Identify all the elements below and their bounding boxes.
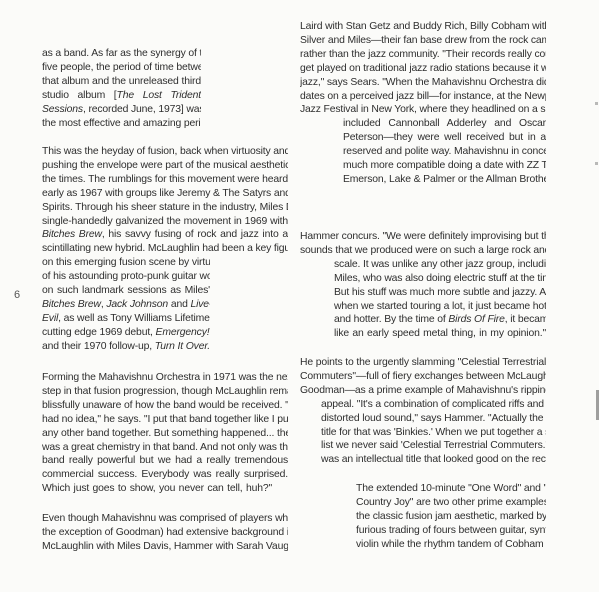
text-line: The extended 10-minute "One Word" and "O…: [356, 482, 546, 496]
text-line: jazz," says Sears. "When the Mahavishnu …: [300, 76, 546, 90]
text-line: He points to the urgently slamming "Cele…: [300, 356, 546, 370]
page-number: 6: [14, 289, 20, 301]
text-line: Goodman—as a prime example of Mahavishnu…: [300, 384, 546, 398]
text-line: studio album [The Lost Trident: [42, 89, 201, 103]
right-paragraph-4: The extended 10-minute "One Word" and "O…: [300, 482, 546, 552]
text-line: distorted loud sound," says Hammer. "Act…: [321, 412, 546, 426]
text-line: as a band. As far as the synergy of the: [42, 47, 201, 61]
text-line: Even though Mahavishnu was comprised of …: [42, 512, 288, 526]
text-line: of his astounding proto-punk guitar work: [42, 270, 210, 284]
text-line: Forming the Mahavishnu Orchestra in 1971…: [42, 371, 288, 385]
text-line: the most effective and amazing period.": [42, 117, 201, 131]
text-line: Commuters"—full of fiery exchanges betwe…: [300, 370, 546, 384]
text-line: like an early speed metal thing, in my o…: [334, 327, 546, 341]
left-paragraph-4: Even though Mahavishnu was comprised of …: [42, 512, 288, 554]
document-page: 6 as a band. As far as the synergy of th…: [0, 0, 599, 592]
scan-artifact: [595, 102, 598, 105]
album-title: Bitches Brew: [42, 229, 102, 240]
text-line: and hotter. By the time of Birds Of Fire…: [334, 313, 546, 327]
text-line: appeal. "It's a combination of complicat…: [321, 398, 546, 412]
text-line: that album and the unreleased third: [42, 75, 201, 89]
text-line: Miles, who was also doing electric stuff…: [334, 272, 546, 286]
text-line: scale. It was unlike any other jazz grou…: [334, 258, 546, 272]
text-line: scintillating new hybrid. McLaughlin had…: [42, 242, 288, 256]
text-line: Emerson, Lake & Palmer or the Allman Bro…: [343, 173, 546, 187]
text-line: single-handedly galvanized the movement …: [42, 215, 288, 229]
text-line: pushing the envelope were part of the mu…: [42, 159, 288, 173]
text-line: McLaughlin with Miles Davis, Hammer with…: [42, 540, 288, 554]
text-line: early as 1967 with groups like Jeremy & …: [42, 187, 288, 201]
left-paragraph-1: as a band. As far as the synergy of the …: [42, 47, 201, 130]
text-line: cutting edge 1969 debut, Emergency!,: [42, 326, 210, 340]
text-line: reserved and polite way. Mahavishnu in c…: [343, 145, 546, 159]
right-paragraph-2: Hammer concurs. "We were definitely impr…: [300, 230, 546, 341]
right-paragraph-1: Laird with Stan Getz and Buddy Rich, Bil…: [300, 20, 546, 187]
text-line: Evil, as well as Tony Williams Lifetime'…: [42, 312, 210, 326]
album-title: Turn It Over.: [155, 341, 210, 352]
text-line: any other band together. But something h…: [42, 427, 288, 441]
text-line: on this emerging fusion scene by virtue: [42, 256, 210, 270]
album-title: Live-: [190, 299, 210, 310]
text-line: the exception of Goodman) had extensive …: [42, 526, 288, 540]
album-title: Evil: [42, 313, 58, 324]
text-line: Hammer concurs. "We were definitely impr…: [300, 230, 546, 244]
text-line: the classic fusion jam aesthetic, marked…: [356, 510, 546, 524]
text-line: five people, the period of time between: [42, 61, 201, 75]
text-line: and their 1970 follow-up, Turn It Over.: [42, 340, 210, 354]
text-line: was a great chemistry in that band. And …: [42, 441, 288, 455]
text-line: rather than the jazz community. "Their r…: [300, 48, 546, 62]
left-paragraph-2: This was the heyday of fusion, back when…: [42, 145, 288, 354]
text-line: band really powerful but we had a really…: [42, 454, 288, 468]
text-line: Spirits. Through his sheer stature in th…: [42, 201, 288, 215]
text-line: Jazz Festival in New York, where they he…: [300, 103, 546, 117]
text-line: sounds that we produced were on such a l…: [300, 244, 546, 258]
text-line: Sessions, recorded June, 1973] was: [42, 103, 201, 117]
text-line: was an intellectual title that looked go…: [321, 453, 546, 467]
text-line: blissfully unaware of how the band would…: [42, 399, 288, 413]
text-line: violin while the rhythm tandem of Cobham…: [356, 538, 546, 552]
album-title: Bitches Brew: [42, 299, 101, 310]
text-line: get played on traditional jazz radio sta…: [300, 62, 546, 76]
text-line: had no idea," he says. "I put that band …: [42, 413, 288, 427]
text-line: Which just goes to show, you never can t…: [42, 482, 272, 496]
text-line: step in that fusion progression, though …: [42, 385, 288, 399]
text-line: furious trading of fours between guitar,…: [356, 524, 546, 538]
text-line: This was the heyday of fusion, back when…: [42, 145, 288, 159]
scan-artifact: [595, 162, 598, 165]
text-line: Laird with Stan Getz and Buddy Rich, Bil…: [300, 20, 546, 34]
text-line: included Cannonball Adderley and Oscar: [343, 117, 546, 131]
text-line: list we never said 'Celestial Terrestria…: [321, 439, 546, 453]
album-title: Sessions: [42, 104, 83, 115]
text-line: when we started touring a lot, it just b…: [334, 300, 546, 314]
text-line: Silver and Miles—their fan base drew fro…: [300, 34, 546, 48]
text-line: Bitches Brew, Jack Johnson and Live-: [42, 298, 210, 312]
text-line: dates on a perceived jazz bill—for insta…: [300, 90, 546, 104]
text-line: much more compatible doing a date with Z…: [343, 159, 546, 173]
right-paragraph-3: He points to the urgently slamming "Cele…: [300, 356, 546, 467]
text-line: Bitches Brew, his savvy fusing of rock a…: [42, 228, 288, 242]
text-line: the times. The rumblings for this moveme…: [42, 173, 288, 187]
album-title: The Lost Trident: [117, 90, 201, 101]
text-line: on such landmark sessions as Miles': [42, 284, 210, 298]
text-line: Country Joy" are two other prime example…: [356, 496, 546, 510]
text-line: But his stuff was much more subtle and j…: [334, 286, 546, 300]
text-line: commercial success. Everybody was really…: [42, 468, 288, 482]
left-paragraph-3: Forming the Mahavishnu Orchestra in 1971…: [42, 371, 288, 496]
album-title: Birds Of Fire: [448, 314, 504, 325]
text-line: title for that was 'Binkies.' When we pu…: [321, 426, 546, 440]
album-title: Jack Johnson: [106, 299, 168, 310]
album-title: Emergency!: [156, 327, 210, 338]
text-line: Peterson—they were well received but in …: [343, 131, 546, 145]
